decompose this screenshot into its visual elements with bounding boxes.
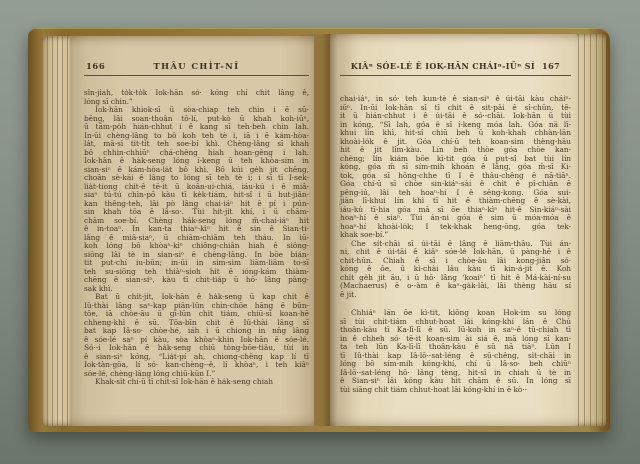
right-running-title: KIÂⁿ SÓE-LÉ Ê IOK-HĀN CHÁIⁿ-IŪⁿ SÍ [351, 61, 535, 71]
page-edge-stack-right [578, 34, 606, 426]
left-running-title: THÂU CHI̍T-NÎ [84, 61, 309, 71]
paragraph: Iok-hān khiok-sī ū sòa-chiap teh chìn i … [84, 106, 309, 293]
text-line: ê jit. [340, 291, 571, 300]
right-page: KIÂⁿ SÓE-LÉ Ê IOK-HĀN CHÁIⁿ-IŪⁿ SÍ167 ch… [330, 34, 578, 426]
right-page-body: chai-iáⁿ, in só· teh kun-tè ê sian-siⁿ ê… [340, 95, 571, 394]
paragraph: chai-iáⁿ, in só· teh kun-tè ê sian-siⁿ ê… [340, 95, 571, 240]
paragraph: Che si̍t-chāi sī úi-tāi ê lâng ê liām-th… [340, 240, 571, 300]
text-line: tùi siāng chi̍t tiám chhut-hoat lâi kóng… [340, 386, 571, 395]
open-book-photo: 166 THÂU CHI̍T-NÎ sîn-jiah, to̍k-to̍k Io… [28, 28, 610, 432]
left-page-content: 166 THÂU CHI̍T-NÎ sîn-jiah, to̍k-to̍k Io… [84, 36, 309, 387]
right-page-header: KIÂⁿ SÓE-LÉ Ê IOK-HĀN CHÁIⁿ-IŪⁿ SÍ167 [340, 61, 571, 72]
text-line: Khak-si̍t chí-ū tī chit-sî Iok-hān ê ha̍… [84, 378, 309, 387]
page-edge-stack-left [42, 36, 72, 426]
paragraph: Khak-si̍t chí-ū tī chit-sî Iok-hān ê ha̍… [84, 378, 309, 387]
left-page-number: 166 [86, 61, 105, 71]
right-page-content: KIÂⁿ SÓE-LÉ Ê IOK-HĀN CHÁIⁿ-IŪⁿ SÍ167 ch… [340, 34, 571, 394]
left-page: 166 THÂU CHI̍T-NÎ sîn-jiah, to̍k-to̍k Io… [70, 36, 314, 426]
right-header-rule [340, 75, 571, 76]
left-header-rule [84, 75, 309, 76]
paragraph: Chhiáⁿ lán ōe kì-tit, kiōng koan Hok-im … [340, 309, 571, 394]
right-page-number: 167 [542, 61, 560, 71]
text-line: chēng ê sian-siⁿ, kàu tī chit-tia̍p ū hō… [84, 276, 309, 285]
paragraph: Bat ū chi̍t-jit, Iok-hān ê ha̍k-seng ū k… [84, 293, 309, 378]
text-line: (Machaerus) ê o·-àm ê kaⁿ-ga̍k-lāi, lâi … [340, 282, 571, 291]
left-page-header: 166 THÂU CHI̍T-NÎ [84, 61, 309, 72]
left-page-body: sîn-jiah, to̍k-to̍k Iok-hān só· kóng chí… [84, 89, 309, 387]
paragraph: sîn-jiah, to̍k-to̍k Iok-hān só· kóng chí… [84, 89, 309, 106]
